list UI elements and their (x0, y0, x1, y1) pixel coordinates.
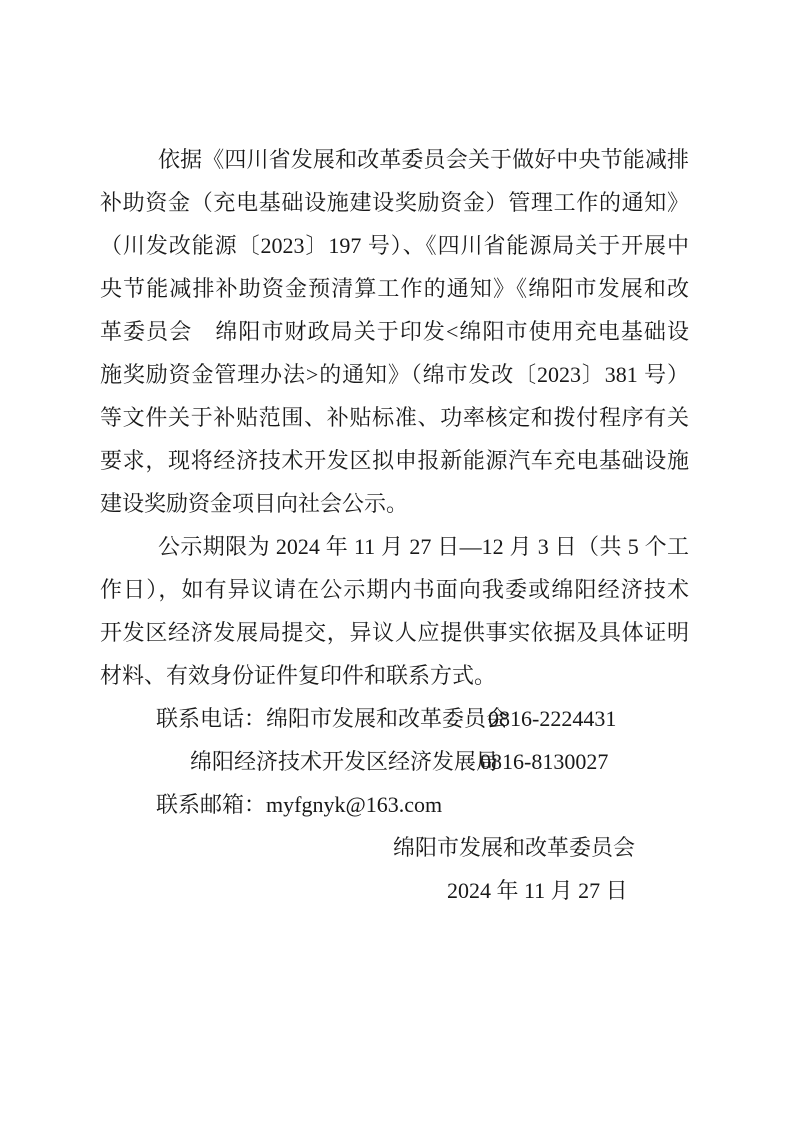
contact-email-row: 联系邮箱：myfgnyk@163.com (100, 783, 689, 826)
text-line: 依据《四川省发展和改革委员会关于做好中央节能减排 (100, 138, 689, 181)
text-line: 开发区经济发展局提交，异议人应提供事实依据及具体证明 (100, 611, 689, 654)
contact-phone-label: 联系电话： (156, 706, 266, 731)
contact-phone-row-2: 绵阳经济技术开发区经济发展局 0816-8130027 (100, 740, 689, 783)
contact-phone-row-1: 联系电话：绵阳市发展和改革委员会 0816-2224431 (100, 697, 689, 740)
paragraph-legal-basis: 依据《四川省发展和改革委员会关于做好中央节能减排补助资金（充电基础设施建设奖励资… (100, 138, 689, 525)
signature-organization: 绵阳市发展和改革委员会 (100, 826, 689, 869)
notice-body: 依据《四川省发展和改革委员会关于做好中央节能减排补助资金（充电基础设施建设奖励资… (100, 138, 689, 912)
text-line: 材料、有效身份证件复印件和联系方式。 (100, 654, 689, 697)
text-line: 补助资金（充电基础设施建设奖励资金）管理工作的通知》 (100, 181, 689, 224)
text-line: 要求，现将经济技术开发区拟申报新能源汽车充电基础设施 (100, 439, 689, 482)
document-page: 依据《四川省发展和改革委员会关于做好中央节能减排补助资金（充电基础设施建设奖励资… (0, 0, 793, 1122)
contact-phone-number: 0816-2224431 (488, 697, 616, 740)
signature-date: 2024 年 11 月 27 日 (100, 869, 689, 912)
text-line: （川发改能源〔2023〕197 号）、《四川省能源局关于开展中 (100, 224, 689, 267)
contact-org-name: 绵阳经济技术开发区经济发展局 (190, 749, 498, 774)
text-line: 革委员会 绵阳市财政局关于印发<绵阳市使用充电基础设 (100, 310, 689, 353)
text-line: 公示期限为 2024 年 11 月 27 日—12 月 3 日（共 5 个工 (100, 525, 689, 568)
text-line: 等文件关于补贴范围、补贴标准、功率核定和拨付程序有关 (100, 396, 689, 439)
text-line: 央节能减排补助资金预清算工作的通知》《绵阳市发展和改 (100, 267, 689, 310)
text-line: 施奖励资金管理办法>的通知》（绵市发改〔2023〕381 号） (100, 353, 689, 396)
contact-email-label: 联系邮箱： (156, 792, 266, 817)
contact-email-address: myfgnyk@163.com (266, 792, 442, 817)
contact-org-name: 绵阳市发展和改革委员会 (266, 706, 508, 731)
contact-phone-number: 0816-8130027 (480, 740, 608, 783)
paragraph-notice-period: 公示期限为 2024 年 11 月 27 日—12 月 3 日（共 5 个工作日… (100, 525, 689, 697)
text-line: 建设奖励资金项目向社会公示。 (100, 482, 689, 525)
text-line: 作日），如有异议请在公示期内书面向我委或绵阳经济技术 (100, 568, 689, 611)
